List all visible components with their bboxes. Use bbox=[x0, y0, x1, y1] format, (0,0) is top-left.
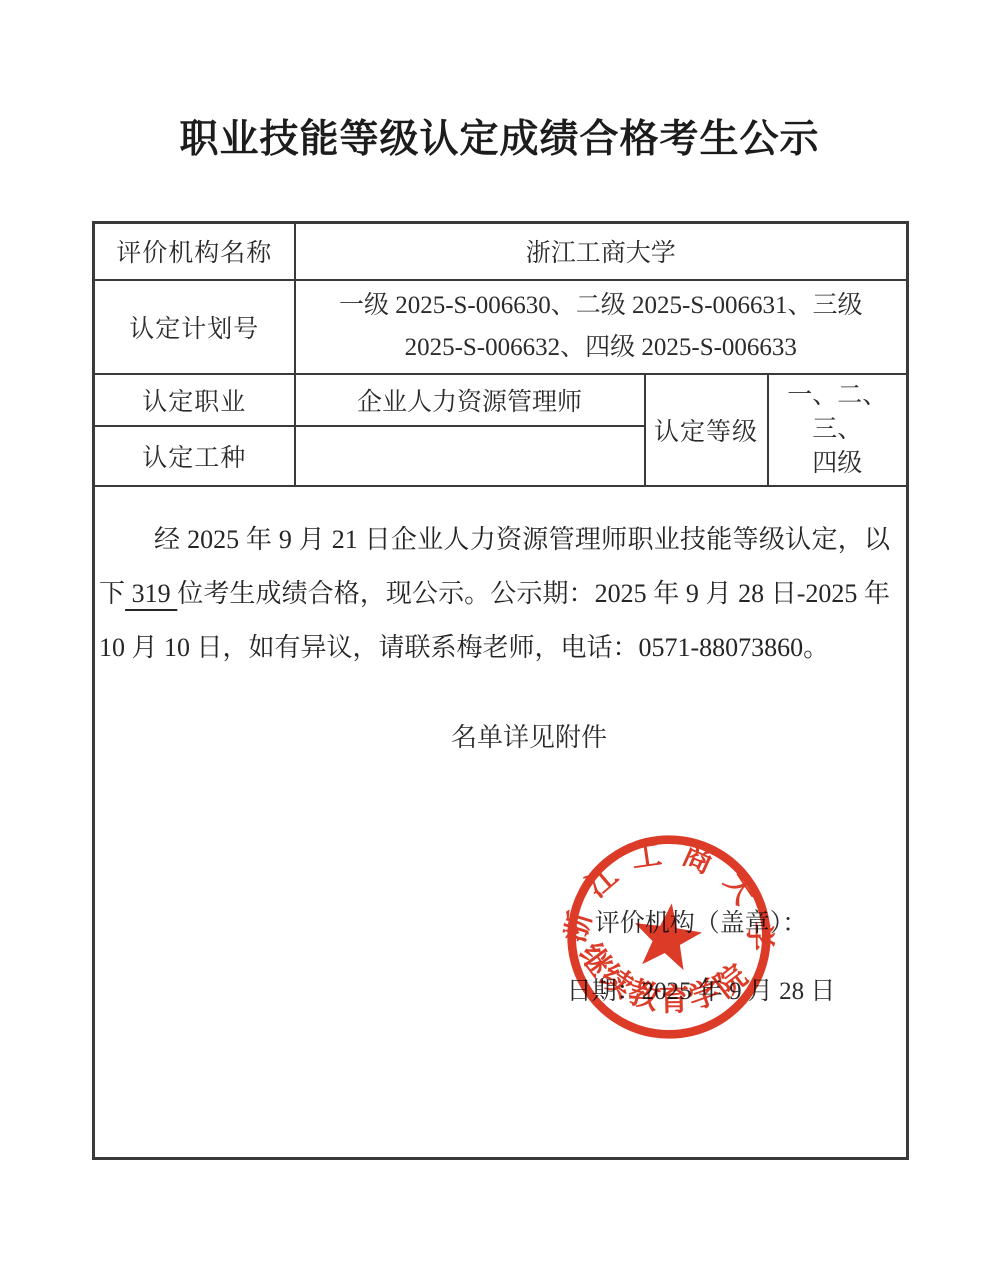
table-row-occupation: 认定职业 企业人力资源管理师 认定等级 一、二、三、 四级 bbox=[94, 374, 908, 426]
level-value: 一、二、三、 四级 bbox=[768, 374, 908, 486]
signature-label: 评价机构（盖章）： bbox=[496, 907, 906, 941]
announcement-paragraph: 经 2025 年 9 月 21 日企业人力资源管理师职业技能等级认定，以下 31… bbox=[99, 513, 890, 675]
level-value-line2: 四级 bbox=[769, 447, 907, 481]
date-line: 日期：2025 年 9 月 28 日 bbox=[496, 975, 906, 1009]
occupation-value: 企业人力资源管理师 bbox=[295, 374, 645, 426]
worktype-label: 认定工种 bbox=[94, 426, 295, 486]
plan-number-value: 一级 2025-S-006630、二级 2025-S-006631、三级 202… bbox=[295, 280, 908, 374]
info-table: 评价机构名称 浙江工商大学 认定计划号 一级 2025-S-006630、二级 … bbox=[92, 221, 909, 1160]
org-name-value: 浙江工商大学 bbox=[295, 223, 908, 280]
org-name-label: 评价机构名称 bbox=[94, 223, 295, 280]
paragraph-segment: 位考生成绩合格，现公示。公示期：2025 年 9 月 28 日-2025 年 1… bbox=[99, 579, 890, 662]
worktype-value bbox=[295, 426, 645, 486]
table-row-body: 经 2025 年 9 月 21 日企业人力资源管理师职业技能等级认定，以下 31… bbox=[94, 486, 908, 1159]
attachment-note: 名单详见附件 bbox=[152, 721, 906, 755]
table-row-plan: 认定计划号 一级 2025-S-006630、二级 2025-S-006631、… bbox=[94, 280, 908, 374]
svg-text:浙江工商大学: 浙江工商大学 bbox=[556, 820, 789, 972]
plan-number-label: 认定计划号 bbox=[94, 280, 295, 374]
candidate-count: 319 bbox=[125, 579, 177, 608]
level-value-line1: 一、二、三、 bbox=[769, 379, 907, 447]
plan-number-line1: 一级 2025-S-006630、二级 2025-S-006631、三级 bbox=[296, 285, 907, 327]
seal-university-name: 浙江工商大学 bbox=[556, 820, 789, 972]
plan-number-line2: 2025-S-006632、四级 2025-S-006633 bbox=[296, 327, 907, 369]
announcement-page: 职业技能等级认定成绩合格考生公示 评价机构名称 浙江工商大学 认定计划号 一级 … bbox=[0, 0, 999, 1261]
occupation-label: 认定职业 bbox=[94, 374, 295, 426]
announcement-body: 经 2025 年 9 月 21 日企业人力资源管理师职业技能等级认定，以下 31… bbox=[95, 513, 906, 1157]
level-label: 认定等级 bbox=[645, 374, 768, 486]
page-title: 职业技能等级认定成绩合格考生公示 bbox=[0, 108, 999, 164]
table-row-org: 评价机构名称 浙江工商大学 bbox=[94, 223, 908, 280]
